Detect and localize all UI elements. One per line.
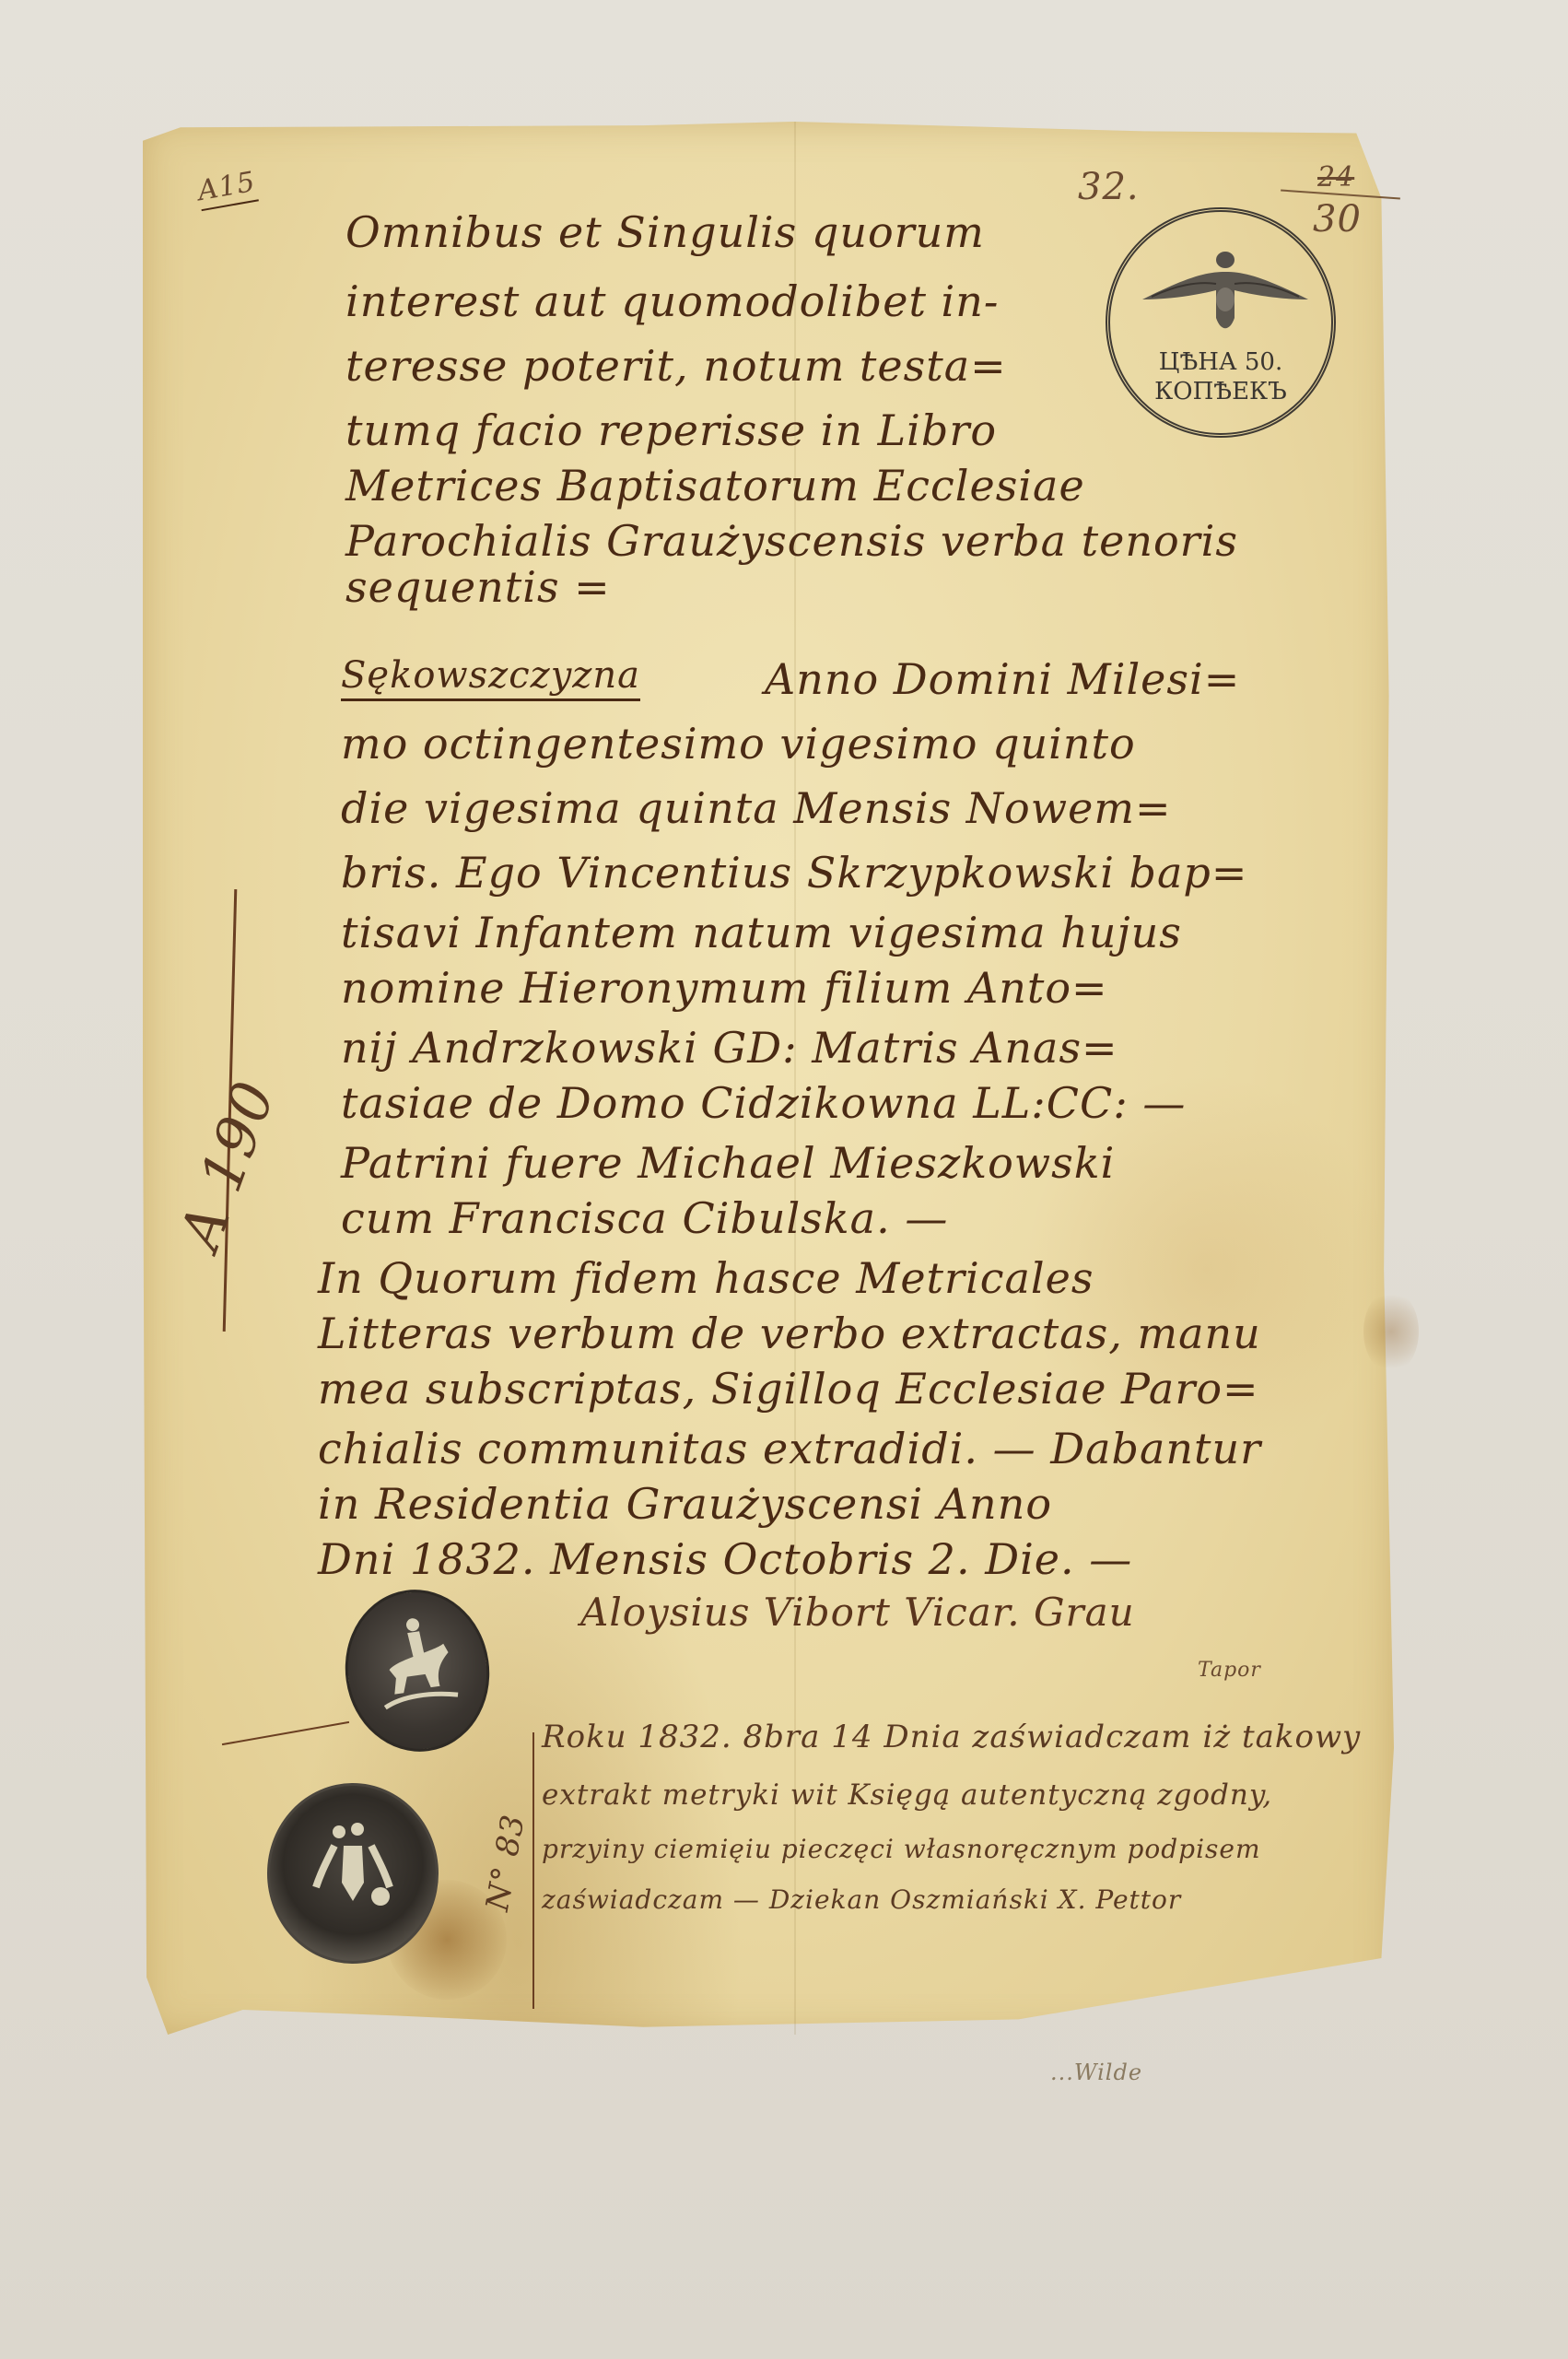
- endorsement-line-1: Roku 1832. 8bra 14 Dnia zaświadczam iż t…: [542, 1719, 1361, 1755]
- water-stain: [1363, 1290, 1419, 1373]
- closing-line-2: Litteras verbum de verbo extractas, manu: [318, 1309, 1261, 1358]
- endorsement-line-2: extrakt metryki wit Księgą autentyczną z…: [542, 1778, 1272, 1812]
- body-line-1: Omnibus et Singulis quorum: [345, 207, 985, 257]
- closing-line-4: chialis communitas extradidi. — Dabantur: [318, 1424, 1261, 1473]
- st-george-rider-icon: [364, 1610, 469, 1723]
- record-line-5: tisavi Infantem natum vigesima hujus: [341, 908, 1182, 957]
- body-line-6: Parochialis Graużyscensis verba tenoris: [345, 516, 1238, 566]
- endorsement-line-3: przyiny ciemięiu pieczęci własnoręcznym …: [542, 1834, 1261, 1864]
- stamp-price-line2: КОПѢЕКЪ: [1110, 378, 1331, 405]
- record-line-1: Anno Domini Milesi=: [765, 654, 1240, 704]
- revenue-stamp: ЦѢНА 50. КОПѢЕКЪ: [1106, 207, 1336, 438]
- archive-mark-top-right: 30: [1313, 198, 1362, 241]
- eagle-emblem-icon: [307, 1813, 399, 1924]
- stamp-price-line1: ЦѢНА 50.: [1110, 348, 1331, 376]
- deanery-seal: [267, 1783, 439, 1964]
- body-line-5: Metrices Baptisatorum Ecclesiae: [345, 461, 1085, 511]
- archive-mark-top-center: 32.: [1078, 166, 1140, 208]
- signature: Aloysius Vibort Vicar. Grau: [580, 1590, 1135, 1635]
- body-line-7: sequentis =: [345, 562, 611, 612]
- record-line-8: tasiae de Domo Cidzikowna LL:CC: —: [341, 1078, 1186, 1128]
- endorsement-margin-rule: [532, 1732, 534, 2009]
- archive-mark-crossed: 24: [1317, 161, 1354, 194]
- record-line-4: bris. Ego Vincentius Skrzypkowski bap=: [341, 848, 1247, 898]
- record-line-9: Patrini fuere Michael Mieszkowski: [341, 1138, 1115, 1188]
- record-line-10: cum Francisca Cibulska. —: [341, 1193, 948, 1243]
- signature-sub: Tapor: [1198, 1659, 1261, 1682]
- body-line-4: tumq facio reperisse in Libro: [345, 405, 997, 455]
- record-line-6: nomine Hieronymum filium Anto=: [341, 963, 1108, 1013]
- record-line-2: mo octingentesimo vigesimo quinto: [341, 719, 1136, 769]
- body-line-3: teresse poterit, notum testa=: [345, 341, 1007, 391]
- closing-line-3: mea subscriptas, Sigilloq Ecclesiae Paro…: [318, 1364, 1259, 1414]
- record-line-7: nij Andrzkowski GD: Matris Anas=: [341, 1023, 1118, 1073]
- body-line-2: interest aut quomodolibet in-: [345, 276, 999, 326]
- endorsement-line-4: zaświadczam — Dziekan Oszmiański X. Pett…: [542, 1884, 1181, 1915]
- closing-line-5: in Residentia Graużyscensi Anno: [318, 1479, 1052, 1529]
- faint-signature: ...Wilde: [1050, 2060, 1142, 2085]
- closing-line-6: Dni 1832. Mensis Octobris 2. Die. —: [318, 1534, 1132, 1584]
- closing-line-1: In Quorum fidem hasce Metricales: [318, 1253, 1094, 1303]
- record-line-3: die vigesima quinta Mensis Nowem=: [341, 783, 1172, 833]
- double-headed-eagle-icon: [1133, 249, 1317, 336]
- record-margin-heading: Sękowszczyzna: [341, 654, 640, 701]
